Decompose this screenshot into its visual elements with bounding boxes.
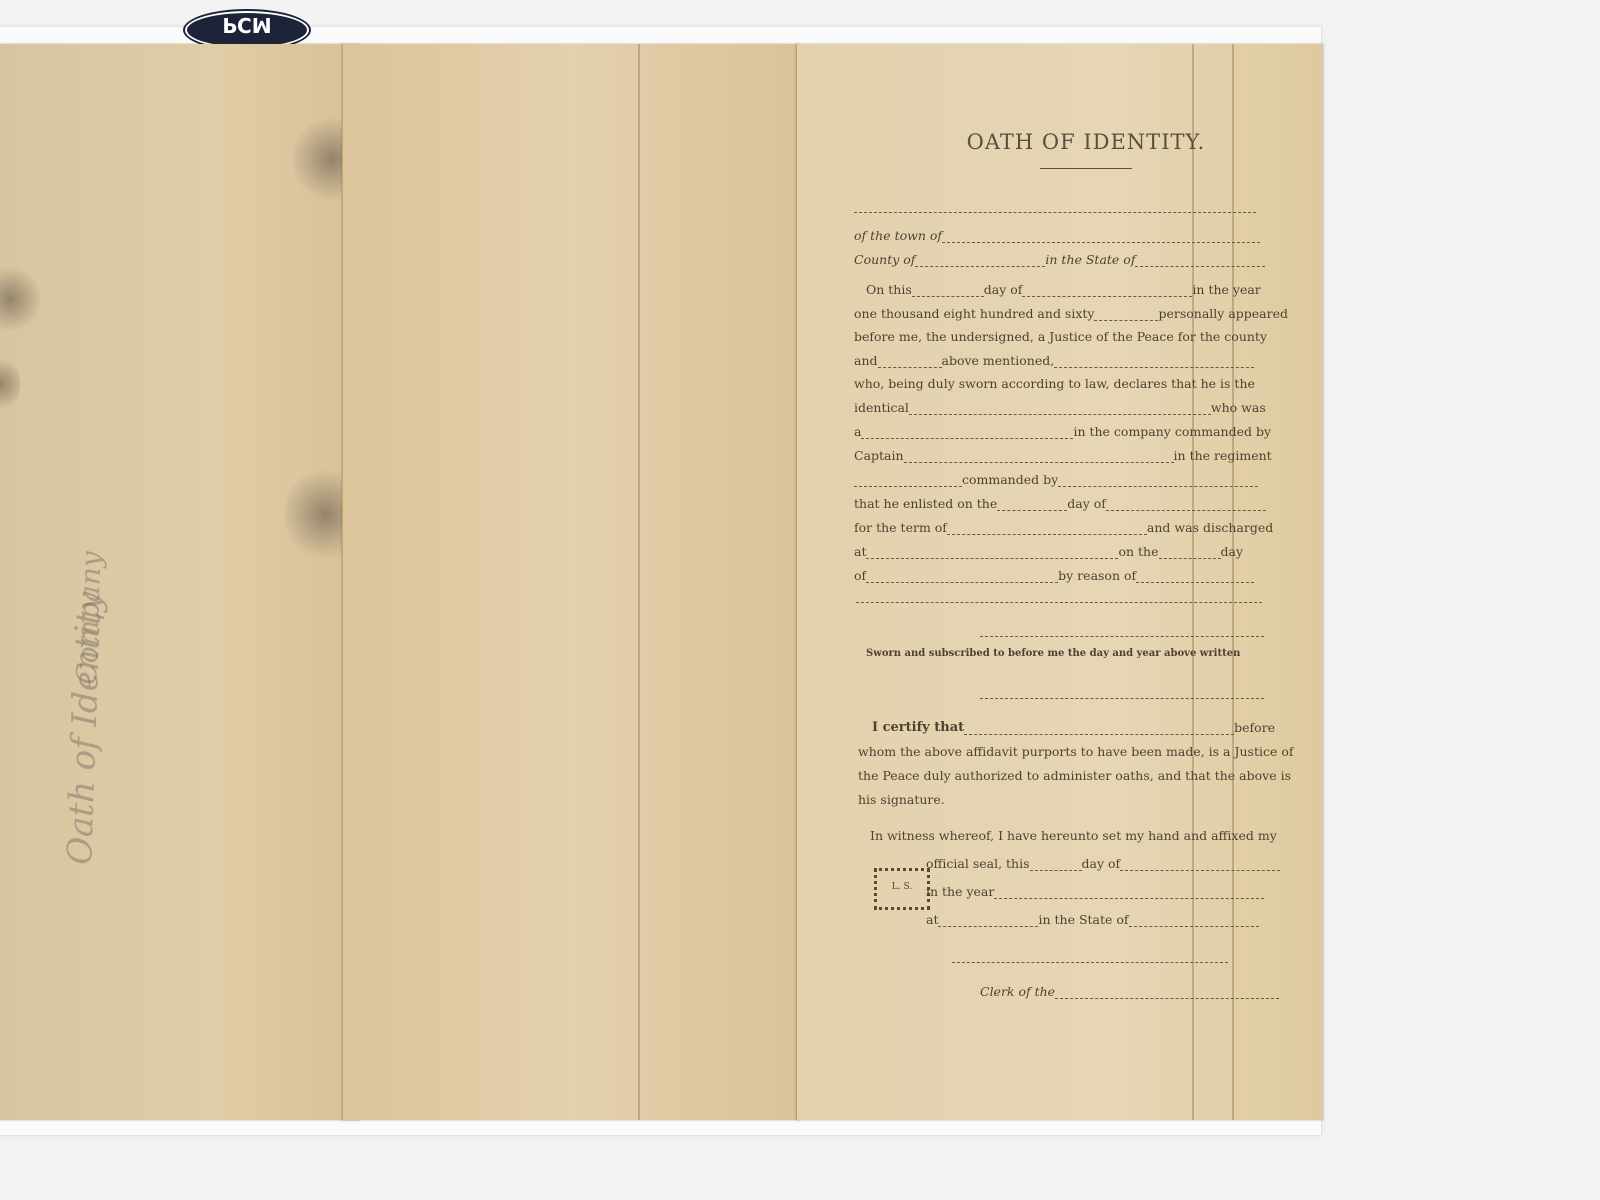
blank[interactable]: [938, 916, 1038, 927]
label: day: [1221, 544, 1244, 559]
blank[interactable]: [1136, 572, 1254, 583]
label: Clerk of the: [980, 984, 1055, 999]
form-line-identical: identicalwho was: [854, 400, 1266, 415]
clerk-line: Clerk of the: [980, 984, 1279, 999]
form-line-company: ain the company commanded by: [854, 424, 1271, 439]
label: for the term of: [854, 520, 947, 535]
document-panel-left: Oath of Identity Company: [0, 44, 360, 1120]
form-line-term: for the term ofand was discharged: [854, 520, 1273, 535]
certify-text-1: whom the above affidavit purports to hav…: [858, 744, 1294, 759]
handwritten-docket: Company: [70, 551, 108, 685]
form-line-before: before me, the undersigned, a Justice of…: [854, 329, 1267, 344]
form-line-reason: ofby reason of: [854, 568, 1254, 583]
stain: [0, 264, 40, 334]
form-line-name: [854, 202, 1256, 213]
blank[interactable]: [856, 592, 1262, 603]
label: On this: [866, 282, 912, 297]
form-line-year: one thousand eight hundred and sixtypers…: [854, 306, 1288, 321]
seal-line-year: in the year: [926, 884, 1264, 899]
label: personally appeared: [1158, 306, 1288, 321]
blank[interactable]: [947, 524, 1147, 535]
blank[interactable]: [1055, 988, 1279, 999]
label: official seal, this: [926, 856, 1030, 871]
blank[interactable]: [994, 888, 1264, 899]
seal-label: L. S.: [874, 882, 930, 892]
blank[interactable]: [964, 724, 1234, 735]
label: Captain: [854, 448, 904, 463]
label: at: [926, 912, 938, 927]
signature-line-justice: [980, 688, 1264, 699]
label: County of: [854, 252, 915, 267]
blank[interactable]: [1106, 500, 1266, 511]
witness-text: In witness whereof, I have hereunto set …: [870, 828, 1277, 843]
blank[interactable]: [866, 548, 1118, 559]
certify-line: I certify thatbefore: [872, 720, 1275, 735]
label: a: [854, 424, 861, 439]
blank[interactable]: [1022, 286, 1192, 297]
label: before: [1234, 720, 1275, 735]
form-line-at: aton theday: [854, 544, 1243, 559]
blank[interactable]: [878, 357, 942, 368]
seal-line-day: official seal, thisday of: [926, 856, 1280, 871]
year-blank[interactable]: [1094, 310, 1158, 321]
label: who was: [1211, 400, 1266, 415]
blank[interactable]: [861, 428, 1073, 439]
label: day of: [1082, 856, 1121, 871]
label: of the town of: [854, 228, 942, 243]
label: commanded by: [962, 472, 1058, 487]
blank[interactable]: [997, 500, 1067, 511]
form-title: OATH OF IDENTITY.: [886, 130, 1286, 154]
sworn-statement: Sworn and subscribed to before me the da…: [866, 648, 1240, 659]
town-blank[interactable]: [942, 232, 1260, 243]
signature-line-affiant: [980, 626, 1264, 637]
form-line-and: andabove mentioned,: [854, 353, 1254, 368]
form-line-commanded: commanded by: [854, 472, 1258, 487]
label: in the year: [926, 884, 994, 899]
blank[interactable]: [912, 286, 984, 297]
blank[interactable]: [1129, 916, 1259, 927]
label: in the State of: [1038, 912, 1128, 927]
form-line-date: On thisday ofin the year: [866, 282, 1261, 297]
label: and: [854, 353, 878, 368]
seal-box: L. S.: [874, 868, 930, 910]
seal-line-place: atin the State of: [926, 912, 1259, 927]
signature-blank[interactable]: [980, 688, 1264, 699]
county-blank[interactable]: [915, 256, 1045, 267]
label: in the company commanded by: [1073, 424, 1271, 439]
certify-text-2: the Peace duly authorized to administer …: [858, 768, 1291, 783]
document-panel-middle: [342, 44, 799, 1120]
certify-text-3: his signature.: [858, 792, 945, 807]
label: day of: [984, 282, 1023, 297]
label: in the year: [1192, 282, 1260, 297]
label: and was discharged: [1147, 520, 1273, 535]
form-line-enlisted: that he enlisted on theday of: [854, 496, 1266, 511]
form-line-extra: [856, 592, 1262, 603]
signature-line-clerk: [952, 952, 1228, 963]
signature-blank[interactable]: [952, 952, 1228, 963]
blank[interactable]: [1159, 548, 1221, 559]
blank[interactable]: [854, 476, 962, 487]
blank[interactable]: [1120, 860, 1280, 871]
title-rule: [1040, 168, 1132, 169]
blank[interactable]: [1030, 860, 1082, 871]
label: on the: [1118, 544, 1158, 559]
state-blank[interactable]: [1135, 256, 1265, 267]
form-line-town: of the town of: [854, 228, 1260, 243]
form-line-captain: Captainin the regiment: [854, 448, 1272, 463]
label: one thousand eight hundred and sixty: [854, 306, 1094, 321]
form-line-sworn: who, being duly sworn according to law, …: [854, 376, 1255, 391]
name-blank[interactable]: [854, 202, 1256, 213]
label: that he enlisted on the: [854, 496, 997, 511]
label: above mentioned,: [942, 353, 1055, 368]
label: of: [854, 568, 866, 583]
blank[interactable]: [904, 452, 1174, 463]
blank[interactable]: [1058, 476, 1258, 487]
label: at: [854, 544, 866, 559]
label: by reason of: [1058, 568, 1136, 583]
label: I certify that: [872, 720, 964, 735]
oath-form: OATH OF IDENTITY. of the town of County …: [866, 130, 1286, 169]
fold-crease: [638, 44, 640, 1120]
signature-blank[interactable]: [980, 626, 1264, 637]
label: in the regiment: [1174, 448, 1272, 463]
label: identical: [854, 400, 909, 415]
blank[interactable]: [866, 572, 1058, 583]
label: in the State of: [1045, 252, 1135, 267]
blank[interactable]: [909, 404, 1211, 415]
form-line-county: County ofin the State of: [854, 252, 1265, 267]
label: day of: [1067, 496, 1106, 511]
blank[interactable]: [1054, 357, 1254, 368]
stain: [0, 354, 20, 414]
